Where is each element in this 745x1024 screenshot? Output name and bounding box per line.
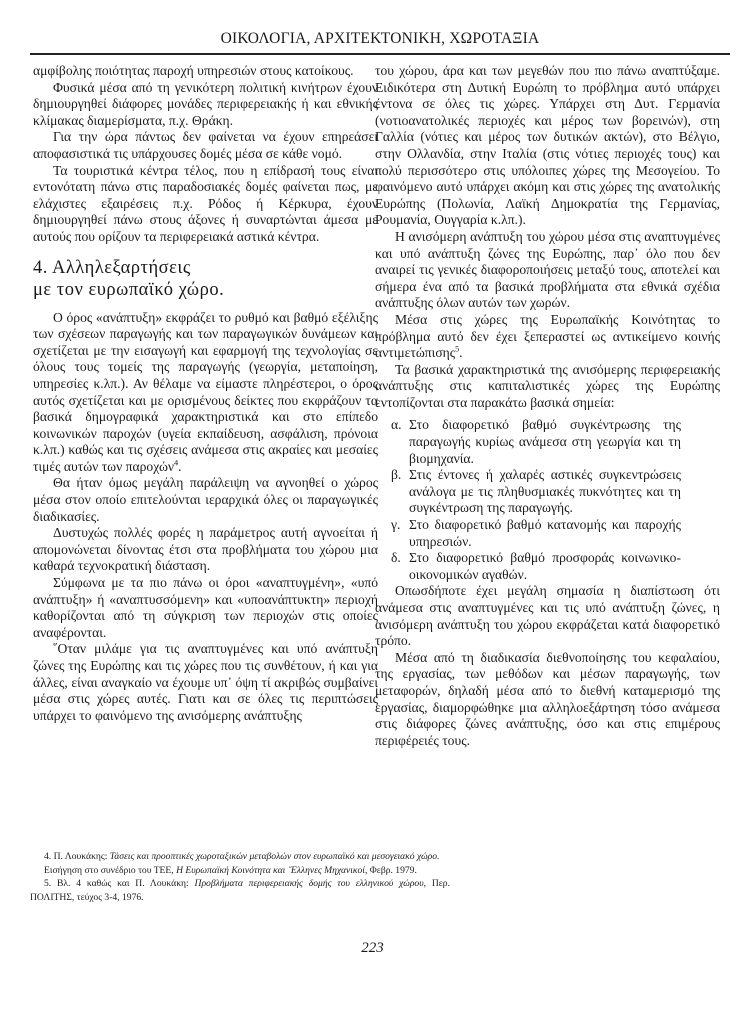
- footnote-5: 5. Βλ. 4 καθώς και Π. Λουκάκη: Προβλήματ…: [30, 877, 450, 904]
- list-item-text: Στις έντονες ή χαλαρές αστικές συγκεντρώ…: [409, 467, 681, 515]
- paragraph: Σύμφωνα με τα πιο πάνω οι όροι «αναπτυγμ…: [33, 575, 378, 641]
- paragraph: Μέσα από τη διαδικασία διεθνοποίησης του…: [375, 650, 720, 750]
- list-item: β.Στις έντονες ή χαλαρές αστικές συγκεντ…: [391, 467, 681, 517]
- paragraph: ῞Οταν μιλάμε για τις αναπτυγμένες και υπ…: [33, 641, 378, 724]
- list-item: γ.Στο διαφορετικό βαθμό κατανομής και πα…: [391, 517, 681, 550]
- list-item-text: Στο διαφορετικό βαθμό κατανομής και παρο…: [409, 517, 681, 549]
- section-heading-line-1: 4. Αλληλεξαρτήσεις: [33, 257, 378, 279]
- paragraph: Μέσα στις χώρες της Ευρωπαϊκής Κοινότητα…: [375, 312, 720, 362]
- footnotes: 4. Π. Λουκάκης: Τάσεις και προοπτικές χω…: [30, 850, 450, 904]
- list-item: δ.Στο διαφορετικό βαθμό προσφοράς κοινων…: [391, 550, 681, 583]
- section-heading: 4. Αλληλεξαρτήσεις με τον ευρωπαϊκό χώρο…: [33, 257, 378, 301]
- paragraph: Ο όρος «ανάπτυξη» εκφράζει το ρυθμό και …: [33, 310, 378, 476]
- paragraph: Η ανισόμερη ανάπτυξη του χώρου μέσα στις…: [375, 229, 720, 312]
- list-item: α.Στο διαφορετικό βαθμό συγκέντρωσης της…: [391, 417, 681, 467]
- page-number: 223: [0, 940, 745, 957]
- header-rule: [30, 53, 730, 55]
- section-heading-line-2: με τον ευρωπαϊκό χώρο.: [33, 279, 378, 301]
- paragraph-end: .: [459, 345, 462, 360]
- list-marker: α.: [391, 417, 402, 434]
- footnote-text: , Φεβρ. 1979.: [365, 865, 417, 876]
- footnote-author: 5. Βλ. 4 καθώς και Π. Λουκάκη:: [44, 878, 195, 889]
- paragraph: αμφίβολης ποιότητας παροχή υπηρεσιών στο…: [33, 63, 378, 80]
- left-column: αμφίβολης ποιότητας παροχή υπηρεσιών στο…: [33, 63, 378, 724]
- paragraph: Τα βασικά χαρακτηριστικά της ανισόμερης …: [375, 362, 720, 412]
- footnote-author: 4. Π. Λουκάκης:: [44, 851, 110, 862]
- running-head: ΟΙΚΟΛΟΓΙΑ, ΑΡΧΙΤΕΚΤΟΝΙΚΗ, ΧΩΡΟΤΑΞΙΑ: [30, 30, 730, 48]
- paragraph: Θα ήταν όμως μεγάλη παράλειψη να αγνοηθε…: [33, 475, 378, 525]
- paragraph: Για την ώρα πάντως δεν φαίνεται να έχουν…: [33, 129, 378, 162]
- right-column: του χώρου, άρα και των μεγεθών που πιο π…: [375, 63, 720, 749]
- list-marker: β.: [391, 467, 401, 484]
- footnote-text: Εισήγηση στο συνέδριο του ΤΕΕ,: [44, 865, 176, 876]
- footnote-title: Η Ευρωπαϊκή Κοινότητα και ῞Ελληνες Μηχαν…: [176, 865, 365, 876]
- footnote-4-note: Εισήγηση στο συνέδριο του ΤΕΕ, Η Ευρωπαϊ…: [30, 864, 450, 878]
- paragraph: Φυσικά μέσα από τη γενικότερη πολιτική κ…: [33, 80, 378, 130]
- paragraph-end: .: [178, 459, 181, 474]
- paragraph: Τα τουριστικά κέντρα τέλος, που η επίδρα…: [33, 163, 378, 246]
- characteristics-list: α.Στο διαφορετικό βαθμό συγκέντρωσης της…: [375, 417, 681, 583]
- paragraph-text: Μέσα στις χώρες της Ευρωπαϊκής Κοινότητα…: [375, 312, 720, 360]
- list-item-text: Στο διαφορετικό βαθμό συγκέντρωσης της π…: [409, 417, 681, 465]
- list-item-text: Στο διαφορετικό βαθμό προσφοράς κοινωνικ…: [409, 550, 681, 582]
- list-marker: δ.: [391, 550, 401, 567]
- footnote-title: Προβλήματα περιφερειακής δομής του ελλην…: [195, 878, 424, 889]
- paragraph: Οπωσδήποτε έχει μεγάλη σημασία η διαπίστ…: [375, 583, 720, 649]
- list-marker: γ.: [391, 517, 400, 534]
- paragraph: του χώρου, άρα και των μεγεθών που πιο π…: [375, 63, 720, 229]
- footnote-title: Τάσεις και προοπτικές χωροταξικών μεταβο…: [110, 851, 440, 862]
- paragraph-text: Ο όρος «ανάπτυξη» εκφράζει το ρυθμό και …: [33, 310, 378, 474]
- paragraph: Δυστυχώς πολλές φορές η παράμετρος αυτή …: [33, 525, 378, 575]
- footnote-4: 4. Π. Λουκάκης: Τάσεις και προοπτικές χω…: [30, 850, 450, 864]
